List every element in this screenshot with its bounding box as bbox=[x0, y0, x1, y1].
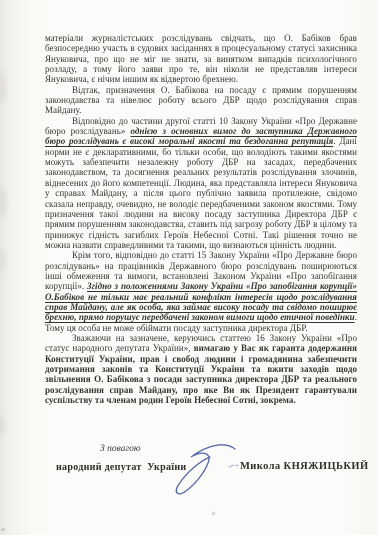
document-paragraph: Відповідно до частини другої статті 10 З… bbox=[45, 116, 357, 250]
document-paragraph: Зважаючи на зазначене, керуючись статтею… bbox=[45, 333, 357, 405]
document-paragraph: матеріали журналістських розслідувань св… bbox=[45, 33, 357, 85]
signature-pen-dash bbox=[229, 465, 238, 467]
closing-salutation: З повагою bbox=[100, 444, 141, 454]
document-paragraph: Відтак, призначення О. Бабікова на посад… bbox=[45, 85, 357, 116]
paragraph-text: матеріали журналістських розслідувань св… bbox=[45, 33, 357, 84]
signature-stroke bbox=[176, 445, 235, 494]
scan-speck bbox=[212, 512, 215, 515]
paragraph-text: Відтак, призначення О. Бабікова на посад… bbox=[45, 85, 357, 116]
underlined-legal-clause: Згідно з положеннями Закону України «Про… bbox=[45, 281, 357, 322]
letter-body: матеріали журналістських розслідувань св… bbox=[45, 33, 357, 405]
document-paragraph: Крім того, відповідно до статті 15 Закон… bbox=[45, 250, 357, 333]
signer-name: Микола КНЯЖИЦЬКИЙ bbox=[240, 461, 369, 472]
paragraph-text: . Дані норми не є декларативними, бо тіл… bbox=[45, 136, 357, 249]
signature-handwriting bbox=[165, 440, 243, 502]
scan-speck bbox=[1, 528, 5, 531]
